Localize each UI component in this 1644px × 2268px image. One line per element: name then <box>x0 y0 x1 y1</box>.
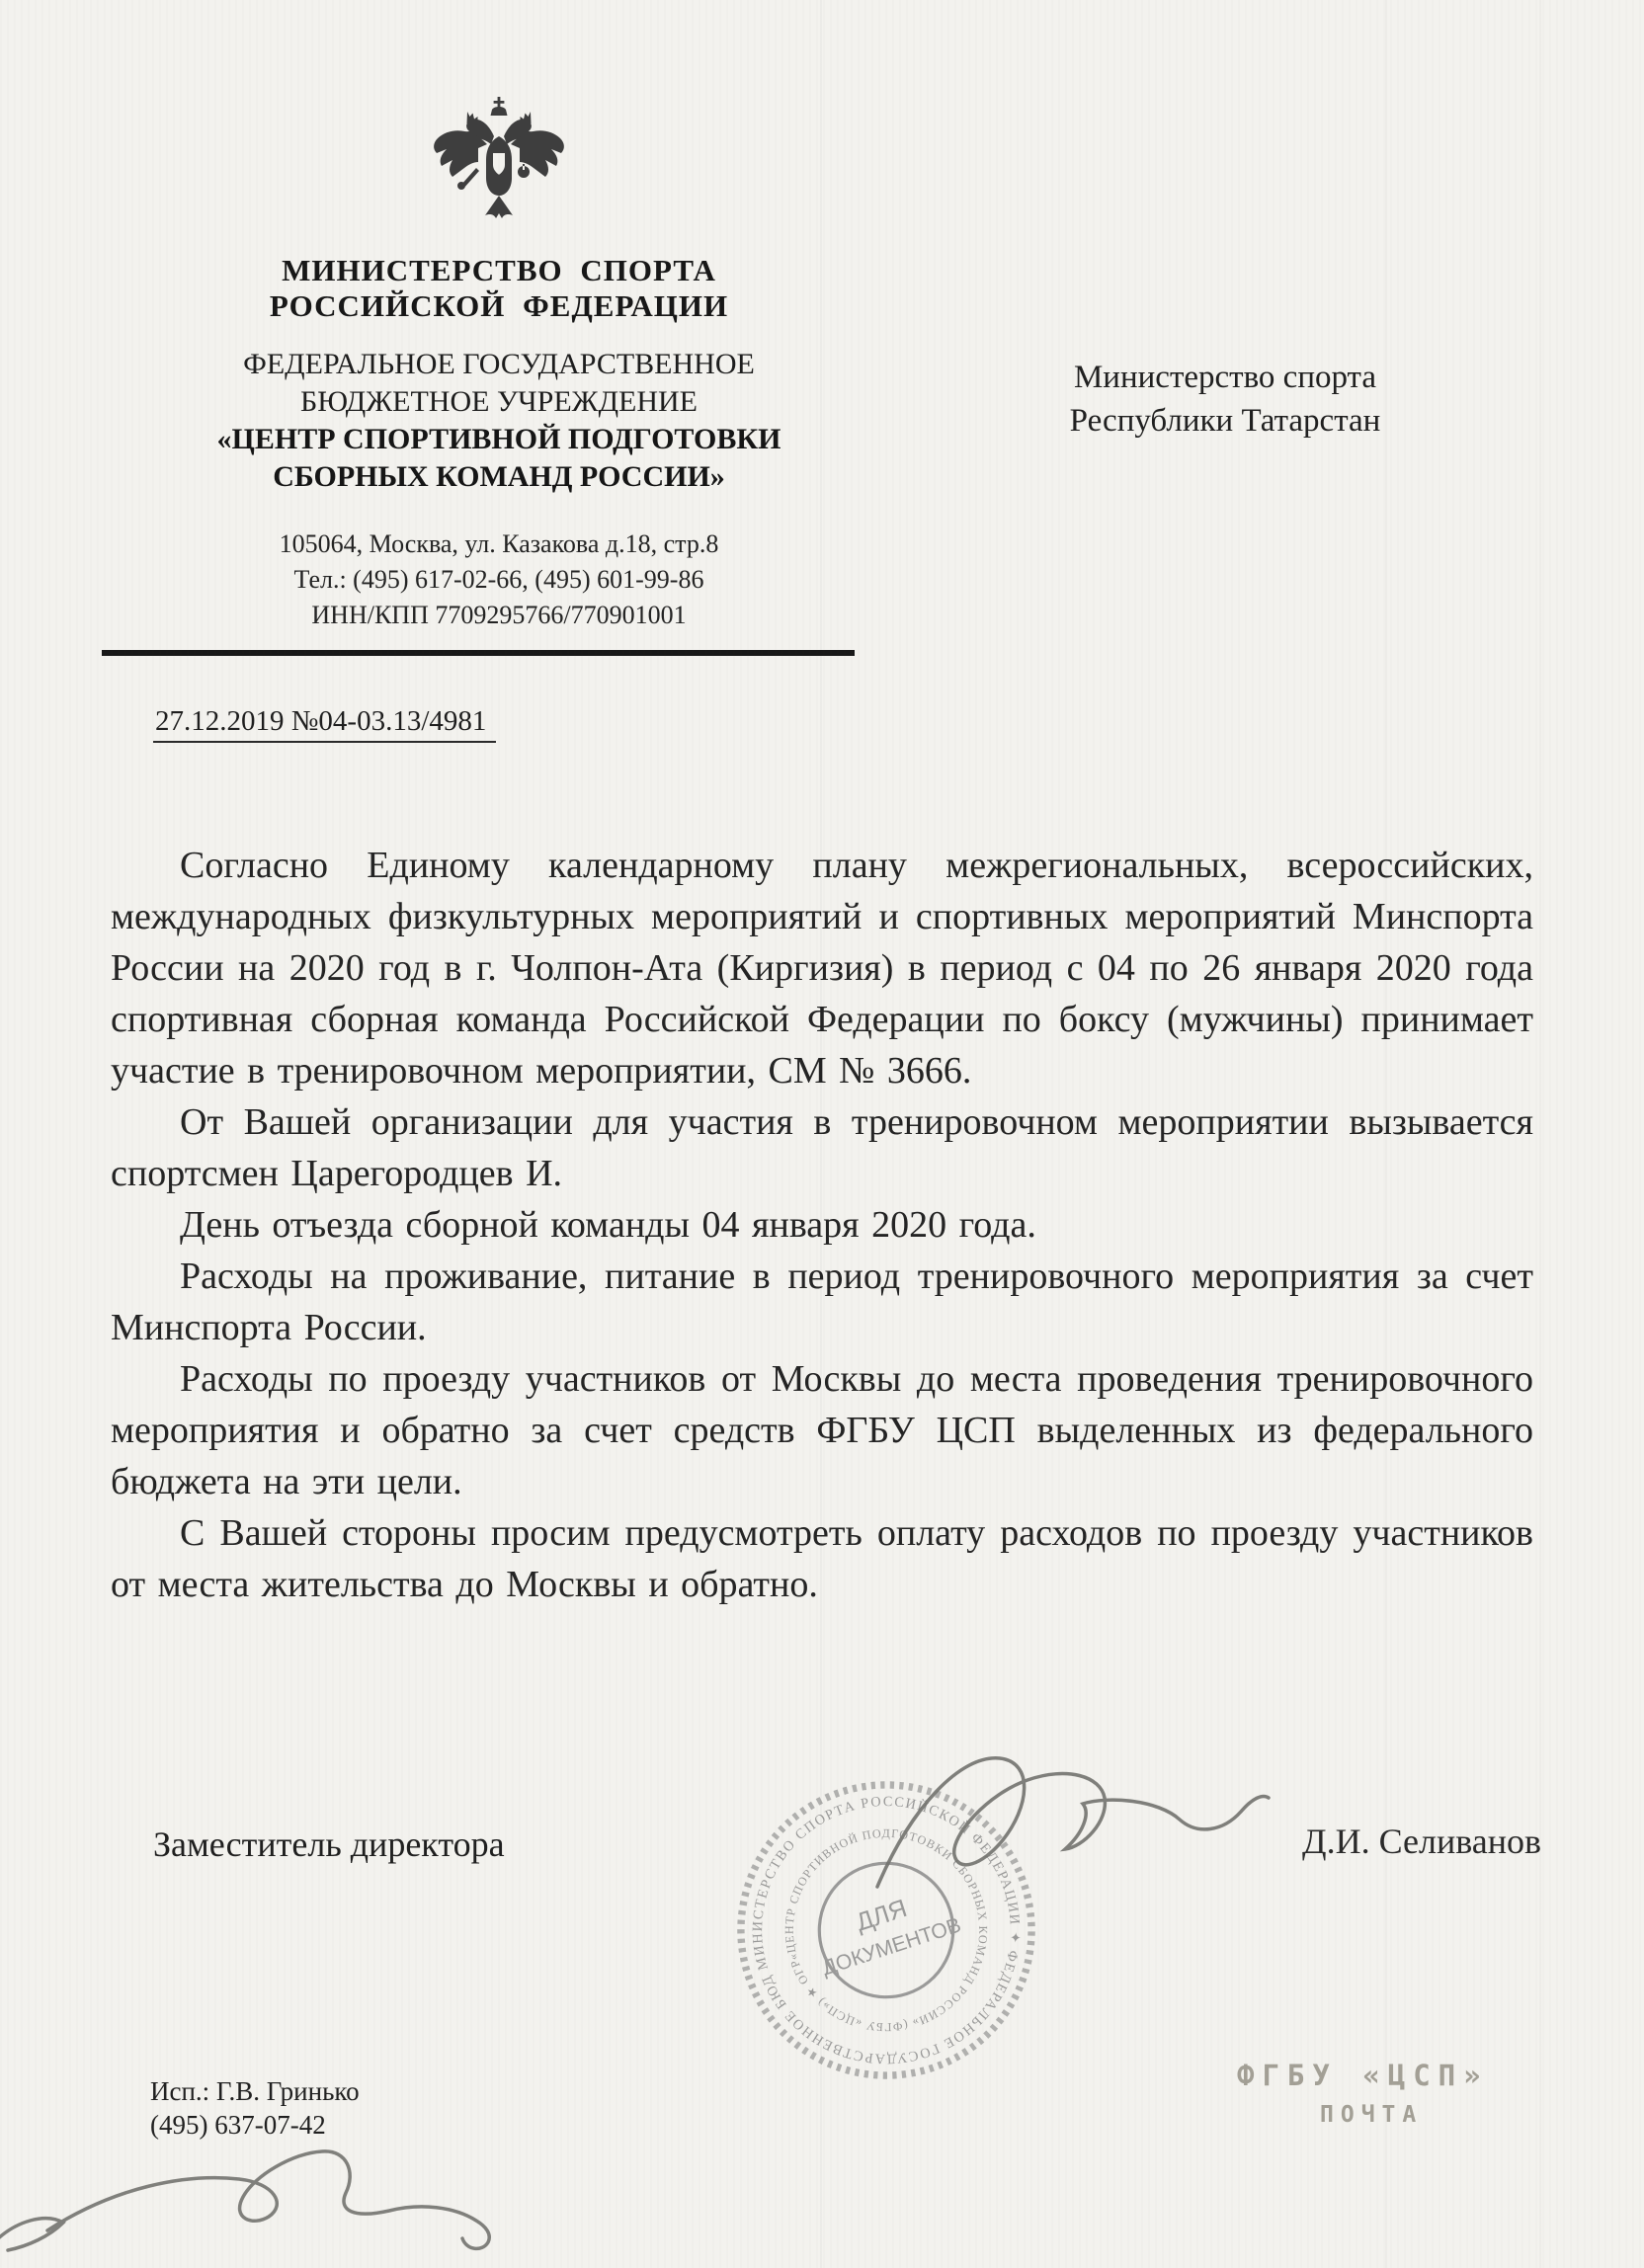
recipient-line2: Республики Татарстан <box>939 399 1512 443</box>
org-inn-kpp: ИНН/КПП 7709295766/770901001 <box>99 601 899 630</box>
postal-stamp: ФГБУ «ЦСП» ПОЧТА <box>1237 2059 1489 2128</box>
org-address: 105064, Москва, ул. Казакова д.18, стр.8 <box>99 529 899 559</box>
ministry-name-line1: МИНИСТЕРСТВО СПОРТА <box>99 253 899 288</box>
postal-stamp-org: ФГБУ «ЦСП» <box>1237 2059 1489 2092</box>
org-name-line4: СБОРНЫХ КОМАНД РОССИИ» <box>99 460 899 494</box>
signer-name: Д.И. Селиванов <box>1302 1821 1541 1862</box>
org-name-line3: «ЦЕНТР СПОРТИВНОЙ ПОДГОТОВКИ <box>99 423 899 456</box>
body-paragraph: Согласно Единому календарному плану межр… <box>111 840 1533 1096</box>
executor-name: Исп.: Г.В. Гринько <box>150 2074 360 2108</box>
org-name-line1: ФЕДЕРАЛЬНОЕ ГОСУДАРСТВЕННОЕ <box>99 348 899 381</box>
signer-title: Заместитель директора <box>153 1823 505 1865</box>
letter-body: Согласно Единому календарному плану межр… <box>111 840 1533 1610</box>
body-paragraph: День отъезда сборной команды 04 января 2… <box>111 1199 1533 1251</box>
body-paragraph: Расходы по проезду участников от Москвы … <box>111 1353 1533 1507</box>
letter-date-number: 27.12.2019 №04-03.13/4981 <box>153 705 496 743</box>
signature-scribble <box>0 2122 527 2268</box>
org-phone: Тел.: (495) 617-02-66, (495) 601-99-86 <box>99 565 899 595</box>
recipient-line1: Министерство спорта <box>939 356 1512 399</box>
scanned-letter-page: МИНИСТЕРСТВО СПОРТА РОССИЙСКОЙ ФЕДЕРАЦИИ… <box>0 0 1644 2268</box>
letterhead-divider <box>102 650 855 656</box>
postal-stamp-word: ПОЧТА <box>1320 2102 1489 2128</box>
body-paragraph: Расходы на проживание, питание в период … <box>111 1251 1533 1353</box>
signature-scribble <box>869 1737 1274 1919</box>
coat-of-arms-icon <box>425 91 573 247</box>
body-paragraph: От Вашей организации для участия в трени… <box>111 1096 1533 1199</box>
ministry-name-line2: РОССИЙСКОЙ ФЕДЕРАЦИИ <box>99 288 899 324</box>
body-paragraph: С Вашей стороны просим предусмотреть опл… <box>111 1507 1533 1610</box>
org-name-line2: БЮДЖЕТНОЕ УЧРЕЖДЕНИЕ <box>99 385 899 419</box>
